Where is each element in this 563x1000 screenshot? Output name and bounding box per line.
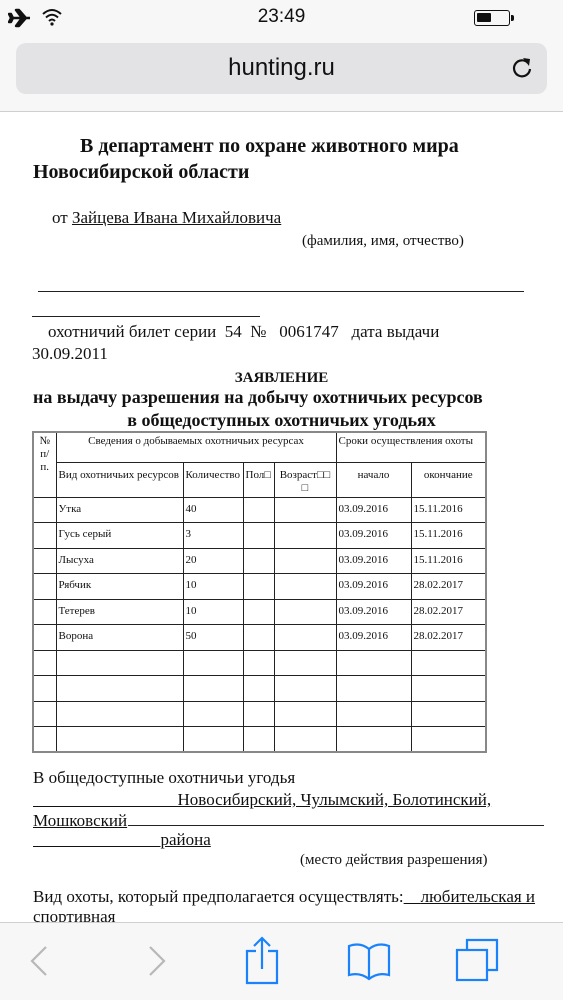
share-icon[interactable] [240, 935, 284, 985]
cell-end: 15.11.2016 [411, 548, 486, 574]
ticket-series: 54 [225, 322, 242, 341]
grounds-suffix-line: района [33, 829, 211, 850]
header-species: Вид охотничьих ресурсов [56, 462, 183, 497]
statement-subheading-2: в общедоступных охотничьих угодьях [0, 410, 563, 431]
cell-qty [183, 701, 243, 727]
header-sex: Пол□ [243, 462, 274, 497]
from-line: от Зайцева Ивана Михайловича [52, 207, 281, 228]
cell-species [56, 727, 183, 753]
cell-start: 03.09.2016 [336, 548, 411, 574]
cell-qty: 20 [183, 548, 243, 574]
statement-subheading-1: на выдачу разрешения на добычу охотничьи… [33, 387, 483, 408]
cell-sex [243, 548, 274, 574]
cell-sex [243, 625, 274, 651]
cell-sex [243, 701, 274, 727]
cell-sex [243, 599, 274, 625]
grounds-caption: (место действия разрешения) [300, 850, 487, 871]
header-age: Возраст□□ □ [274, 462, 336, 497]
grounds-districts-line2: Мошковский [33, 810, 127, 831]
url-text[interactable]: hunting.ru [16, 54, 547, 82]
status-bar: 23:49 [0, 0, 563, 38]
cell-sex [243, 523, 274, 549]
blank-line [128, 825, 544, 826]
cell-num [33, 497, 56, 523]
resources-table: № п/п. Сведения о добываемых охотничьих … [32, 431, 487, 753]
cell-species: Рябчик [56, 574, 183, 600]
url-bar[interactable]: hunting.ru [16, 43, 547, 94]
cell-species: Ворона [56, 625, 183, 651]
table-row: Рябчик1003.09.201628.02.2017 [33, 574, 486, 600]
cell-end [411, 701, 486, 727]
cell-sex [243, 650, 274, 676]
chevron-right-icon[interactable] [136, 941, 176, 981]
table-row: Гусь серый303.09.201615.11.2016 [33, 523, 486, 549]
cell-end: 28.02.2017 [411, 625, 486, 651]
cell-age [274, 497, 336, 523]
document-page: В департамент по охране животного мира Н… [0, 113, 563, 913]
cell-end: 15.11.2016 [411, 497, 486, 523]
cell-age [274, 701, 336, 727]
cell-end [411, 676, 486, 702]
table-row: Утка4003.09.201615.11.2016 [33, 497, 486, 523]
cell-qty: 50 [183, 625, 243, 651]
chevron-left-icon[interactable] [20, 941, 60, 981]
cell-start [336, 650, 411, 676]
grounds-label: В общедоступные охотничьи угодья [33, 767, 295, 788]
cell-species [56, 650, 183, 676]
book-icon[interactable] [346, 941, 392, 981]
ticket-line: охотничий билет серии 54 № 0061747 дата … [48, 321, 439, 342]
cell-age [274, 650, 336, 676]
cell-age [274, 676, 336, 702]
cell-num [33, 599, 56, 625]
cell-start: 03.09.2016 [336, 599, 411, 625]
cell-num [33, 574, 56, 600]
cell-sex [243, 676, 274, 702]
header-quantity: Количество [183, 462, 243, 497]
cell-start: 03.09.2016 [336, 574, 411, 600]
cell-start [336, 727, 411, 753]
cell-age [274, 625, 336, 651]
header-end: окончание [411, 462, 486, 497]
cell-start: 03.09.2016 [336, 497, 411, 523]
cell-qty: 10 [183, 599, 243, 625]
name-caption: (фамилия, имя, отчество) [302, 231, 464, 252]
cell-age [274, 727, 336, 753]
cell-start [336, 676, 411, 702]
cell-end: 28.02.2017 [411, 574, 486, 600]
cell-age [274, 599, 336, 625]
cell-num [33, 701, 56, 727]
cell-qty: 40 [183, 497, 243, 523]
battery-icon [474, 10, 510, 26]
header-resources-group: Сведения о добываемых охотничьих ресурса… [56, 432, 336, 462]
cell-species [56, 701, 183, 727]
ticket-number: 0061747 [279, 322, 339, 341]
cell-num [33, 727, 56, 753]
cell-species [56, 676, 183, 702]
cell-num [33, 650, 56, 676]
cell-qty [183, 727, 243, 753]
statement-heading: ЗАЯВЛЕНИЕ [0, 368, 563, 389]
cell-sex [243, 574, 274, 600]
hunt-type-line: Вид охоты, который предполагается осущес… [33, 886, 535, 907]
cell-sex [243, 727, 274, 753]
table-row [33, 701, 486, 727]
table-row [33, 727, 486, 753]
addressee-heading: В департамент по охране животного мира Н… [33, 133, 533, 185]
cell-qty [183, 676, 243, 702]
cell-start: 03.09.2016 [336, 625, 411, 651]
header-dates-group: Сроки осуществления охоты [336, 432, 486, 462]
tabs-icon[interactable] [454, 937, 500, 983]
browser-toolbar [0, 922, 563, 1000]
header-number: № п/п. [33, 432, 56, 497]
blank-line [38, 291, 524, 292]
cell-end: 28.02.2017 [411, 599, 486, 625]
applicant-name: Зайцева Ивана Михайловича [72, 208, 281, 227]
cell-age [274, 523, 336, 549]
cell-end [411, 727, 486, 753]
browser-top-chrome: 23:49 hunting.ru [0, 0, 563, 112]
cell-species: Лысуха [56, 548, 183, 574]
cell-num [33, 523, 56, 549]
cell-age [274, 548, 336, 574]
blank-line [32, 316, 260, 317]
table-row [33, 650, 486, 676]
cell-qty [183, 650, 243, 676]
issue-date: 30.09.2011 [32, 343, 108, 364]
cell-end [411, 650, 486, 676]
hunt-type-value: любительская и [421, 887, 535, 906]
grounds-districts-line1: Новосибирский, Чулымский, Болотинский, [33, 789, 491, 810]
cell-qty: 10 [183, 574, 243, 600]
table-row [33, 676, 486, 702]
cell-start: 03.09.2016 [336, 523, 411, 549]
cell-end: 15.11.2016 [411, 523, 486, 549]
cell-species: Утка [56, 497, 183, 523]
table-row: Тетерев1003.09.201628.02.2017 [33, 599, 486, 625]
cell-sex [243, 497, 274, 523]
reload-icon[interactable] [509, 55, 535, 81]
table-row: Ворона5003.09.201628.02.2017 [33, 625, 486, 651]
cell-num [33, 548, 56, 574]
cell-species: Гусь серый [56, 523, 183, 549]
header-start: начало [336, 462, 411, 497]
cell-qty: 3 [183, 523, 243, 549]
cell-start [336, 701, 411, 727]
cell-num [33, 676, 56, 702]
table-row: Лысуха2003.09.201615.11.2016 [33, 548, 486, 574]
cell-num [33, 625, 56, 651]
cell-species: Тетерев [56, 599, 183, 625]
cell-age [274, 574, 336, 600]
